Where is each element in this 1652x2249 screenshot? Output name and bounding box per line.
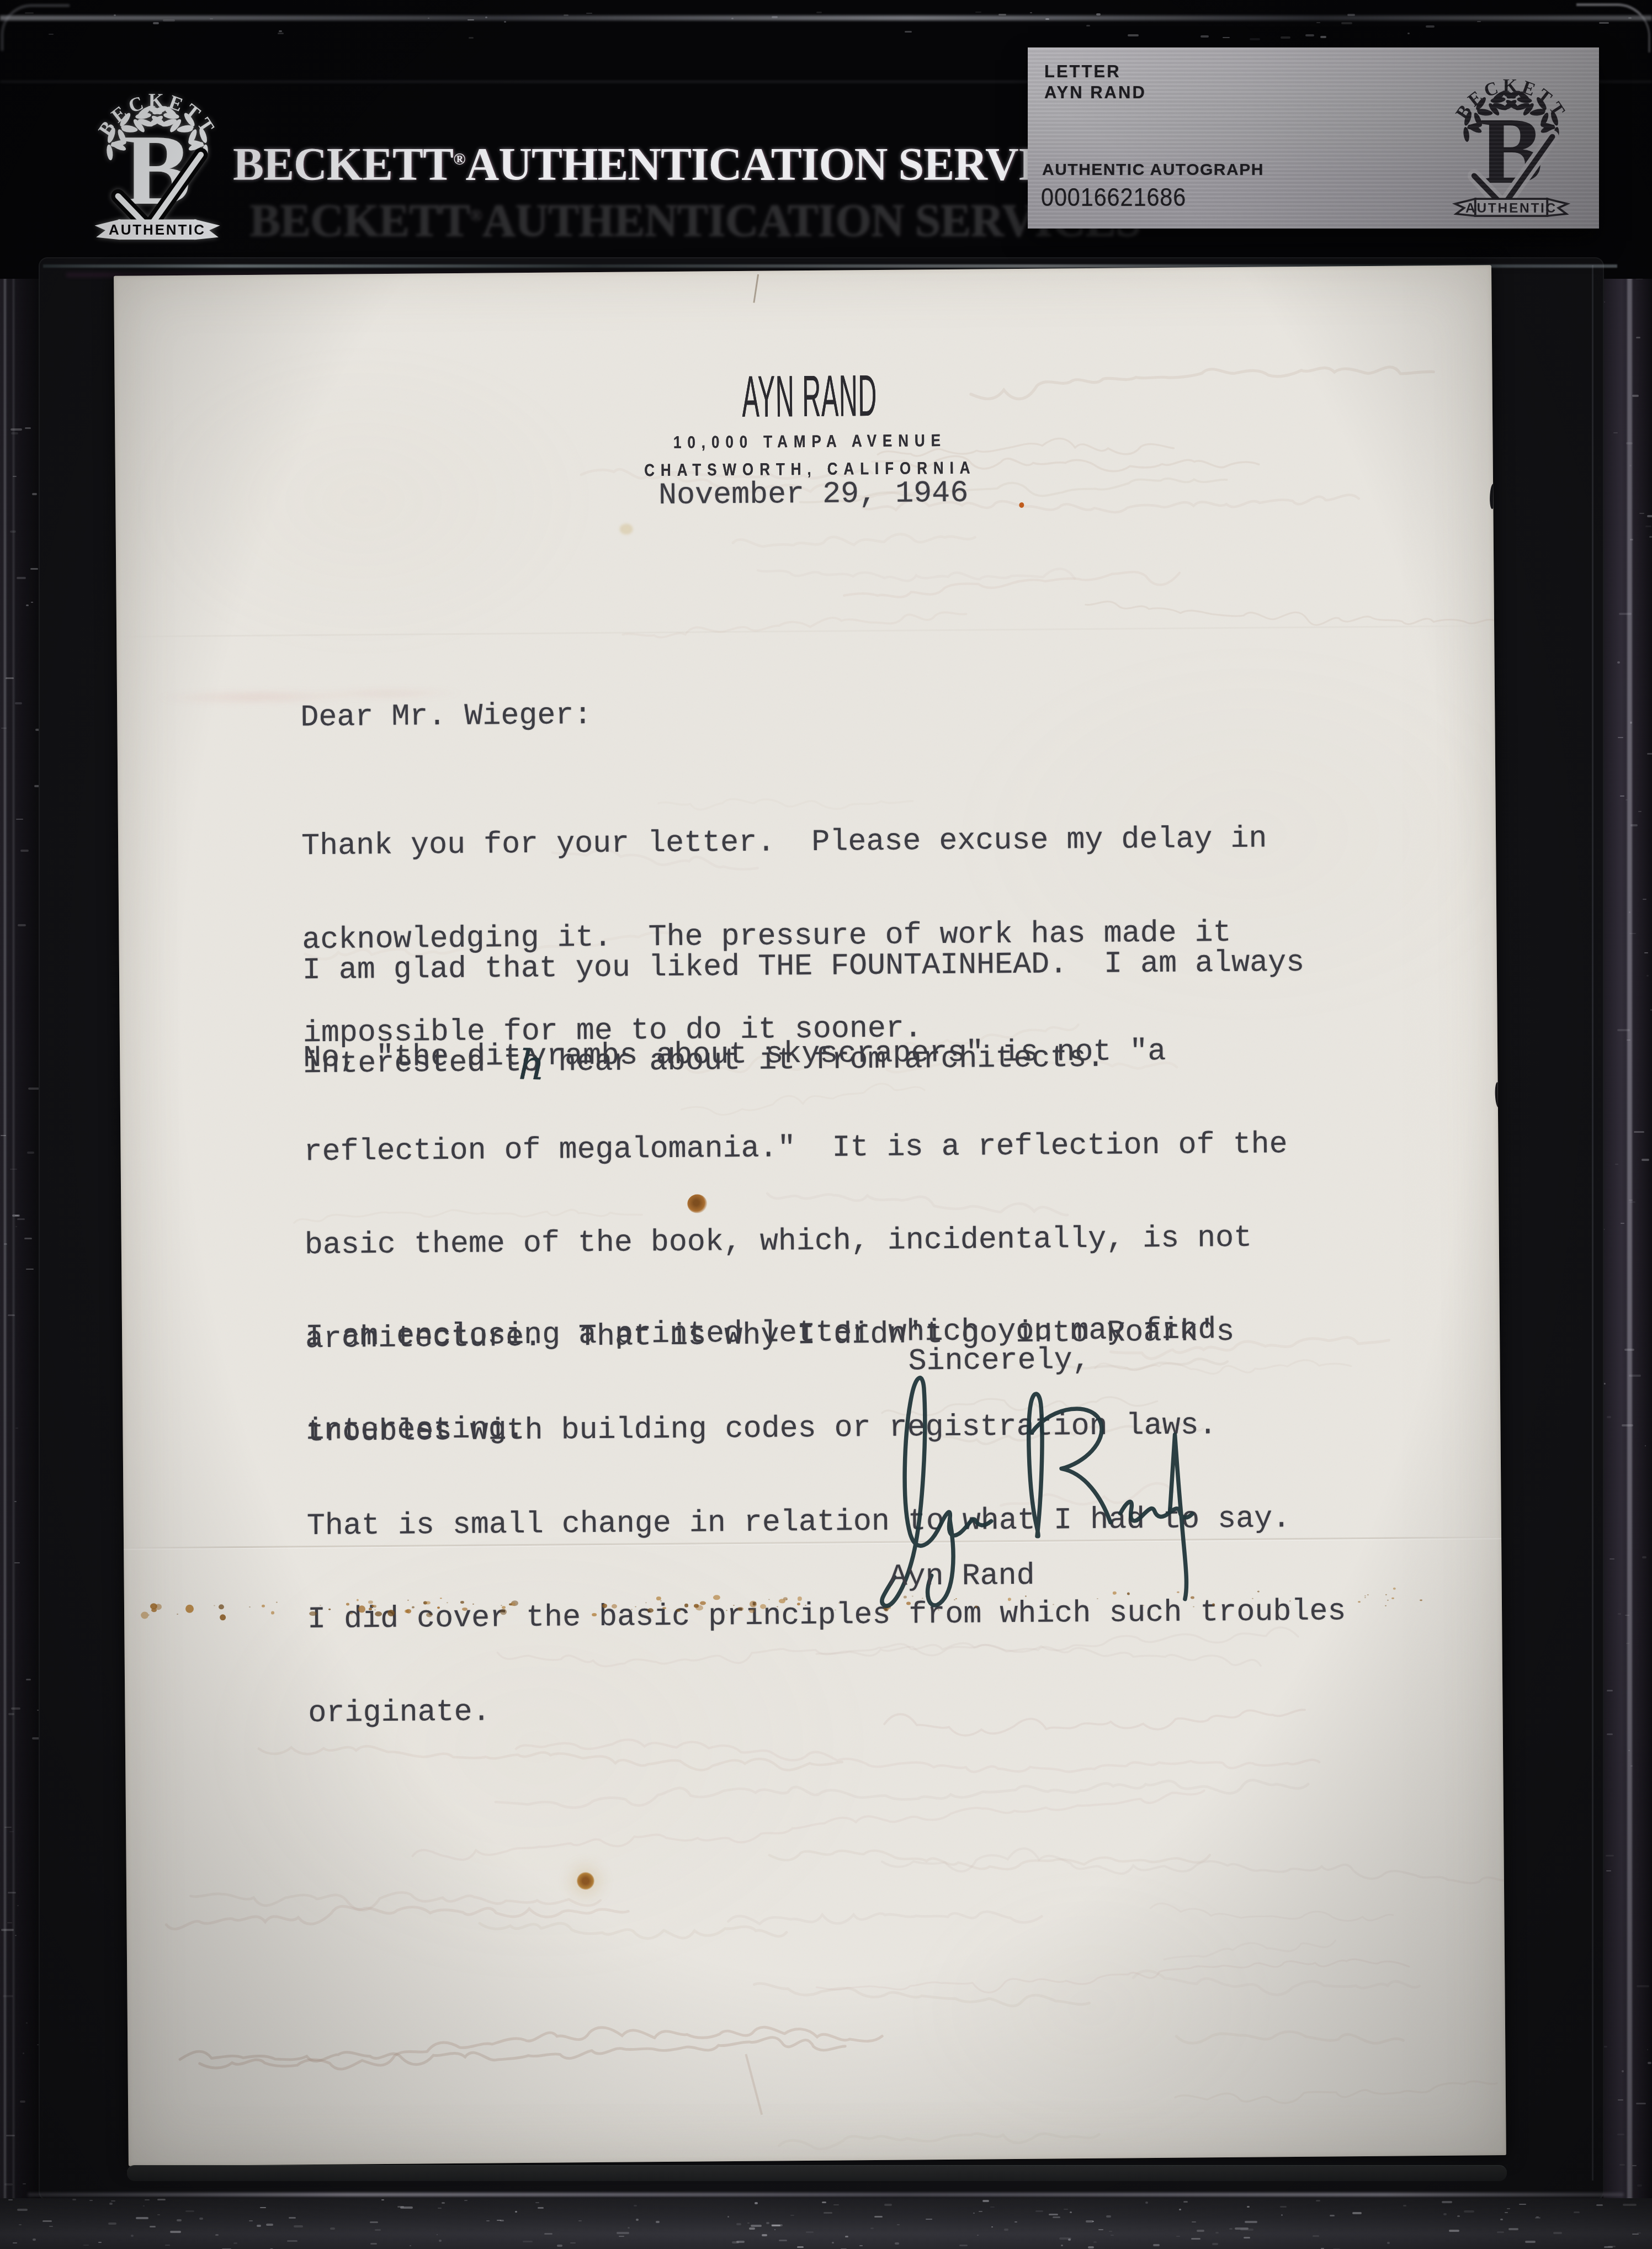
svg-text:AUTHENTIC: AUTHENTIC (109, 221, 206, 238)
case-bottom-highlight (28, 2193, 1624, 2197)
case-top-highlight (0, 15, 1652, 20)
label-authentication-status: AUTHENTIC AUTOGRAPH (1042, 161, 1264, 179)
brand-beckett: BECKETT (233, 139, 453, 190)
case-scuff-sparkles (1596, 0, 1652, 2249)
case-lip-right (1592, 265, 1593, 2181)
case-edge-highlight (1627, 0, 1632, 2249)
brand-text-reflection: BECKETT®AUTHENTICATION SERVICES (249, 194, 1141, 248)
case-edge-highlight (13, 0, 14, 2249)
beckett-crest-logo: BECKETT B AUTHENTIC (88, 67, 226, 250)
beckett-crest-logo-dark: BECKETT B AUTHENTIC (1446, 57, 1576, 223)
slab-photo: BECKETT®AUTHENTICATION SERVICES BECKETT®… (0, 0, 1652, 2249)
case-bottom-lip (127, 2165, 1507, 2181)
label-cert-number: 00016621686 (1041, 182, 1186, 212)
case-corner-top-left (1, 4, 70, 51)
registered-mark-icon: ® (453, 150, 465, 168)
brand-text: BECKETT®AUTHENTICATION SERVICES (233, 138, 1124, 192)
svg-text:BECKETT: BECKETT (1452, 76, 1570, 123)
label-item-type: LETTER (1044, 62, 1121, 82)
case-edge-highlight (4, 0, 6, 2249)
letter-document: AYN RAND 10,000 TAMPA AVENUE CHATSWORTH,… (114, 265, 1506, 2166)
case-right-rail (1596, 0, 1652, 2249)
svg-text:B: B (1479, 98, 1543, 204)
label-subject-name: AYN RAND (1044, 83, 1146, 103)
case-scuff-sparkles (0, 2198, 1652, 2249)
case-bottom-band (0, 2198, 1652, 2249)
svg-text:AUTHENTIC: AUTHENTIC (1465, 201, 1557, 216)
paper-grain (114, 265, 1506, 2166)
case-left-rail (0, 0, 40, 2249)
brand-services: AUTHENTICATION SERVICES (466, 139, 1124, 190)
beckett-cert-label: LETTER AYN RAND AUTHENTIC AUTOGRAPH 0001… (1028, 47, 1599, 229)
